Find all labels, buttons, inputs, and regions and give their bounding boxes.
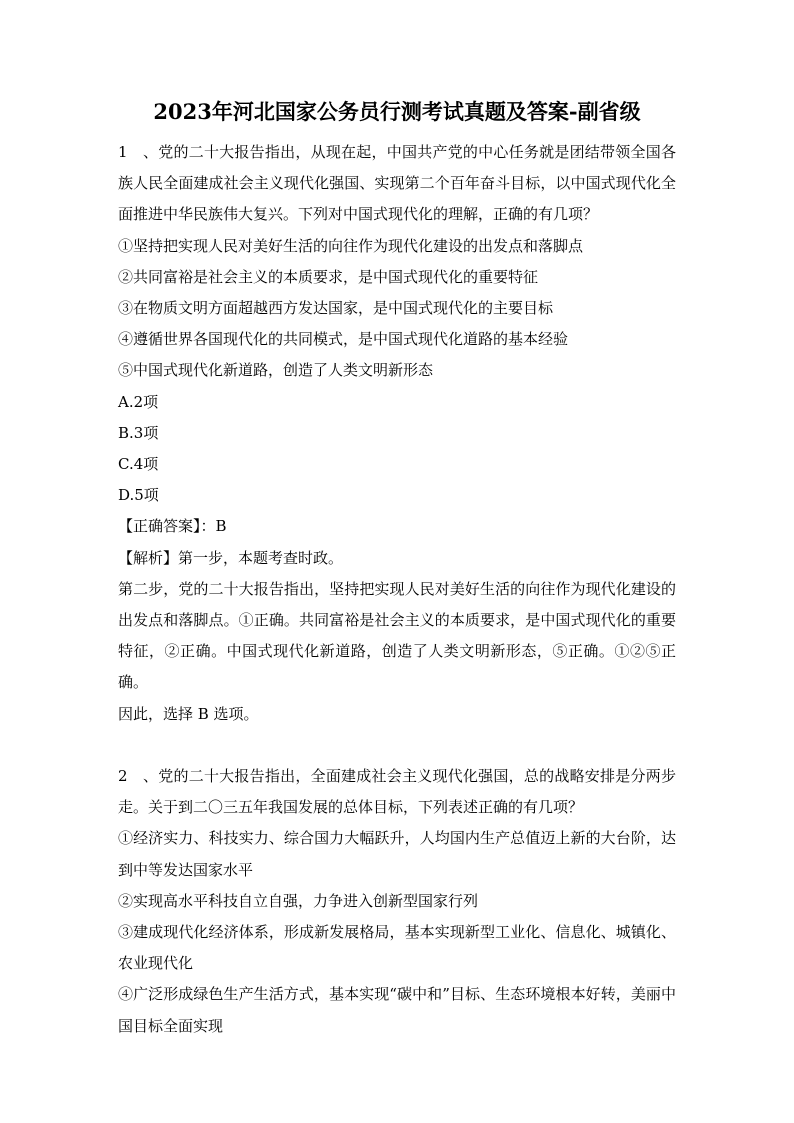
question-block-2: 2 、党的二十大报告指出，全面建成社会主义现代化强国，总的战略安排是分两步走。关… <box>118 761 676 1042</box>
question-1-conclusion: 因此，选择 B 选项。 <box>118 699 676 730</box>
question-1-choice-b: B.3项 <box>118 418 676 449</box>
question-1-analysis-body: 第二步，党的二十大报告指出，坚持把实现人民对美好生活的向往作为现代化建设的出发点… <box>118 574 676 699</box>
question-2-stem: 2 、党的二十大报告指出，全面建成社会主义现代化强国，总的战略安排是分两步走。关… <box>118 761 676 823</box>
question-2-statement-3: ③建成现代化经济体系，形成新发展格局，基本实现新型工业化、信息化、城镇化、农业现… <box>118 917 676 979</box>
document-page: 2023年河北国家公务员行测考试真题及答案-副省级 1 、党的二十大报告指出，从… <box>0 0 794 1123</box>
question-1-statement-3: ③在物质文明方面超越西方发达国家，是中国式现代化的主要目标 <box>118 293 676 324</box>
question-1-choice-d: D.5项 <box>118 480 676 511</box>
question-2-statement-2: ②实现高水平科技自立自强，力争进入创新型国家行列 <box>118 886 676 917</box>
question-block-1: 1 、党的二十大报告指出，从现在起，中国共产党的中心任务就是团结带领全国各族人民… <box>118 137 676 730</box>
page-title: 2023年河北国家公务员行测考试真题及答案-副省级 <box>118 96 676 128</box>
question-1-statement-1: ①坚持把实现人民对美好生活的向往作为现代化建设的出发点和落脚点 <box>118 231 676 262</box>
document-body: 1 、党的二十大报告指出，从现在起，中国共产党的中心任务就是团结带领全国各族人民… <box>118 137 676 1042</box>
question-2-statement-1: ①经济实力、科技实力、综合国力大幅跃升，人均国内生产总值迈上新的大台阶，达到中等… <box>118 823 676 885</box>
question-1-choice-a: A.2项 <box>118 387 676 418</box>
question-2-statement-4: ④广泛形成绿色生产生活方式，基本实现“碳中和”目标、生态环境根本好转，美丽中国目… <box>118 979 676 1041</box>
question-1-choice-c: C.4项 <box>118 449 676 480</box>
question-1-analysis-intro: 【解析】第一步，本题考查时政。 <box>118 543 676 574</box>
question-1-answer: 【正确答案】：B <box>118 511 676 542</box>
question-1-stem: 1 、党的二十大报告指出，从现在起，中国共产党的中心任务就是团结带领全国各族人民… <box>118 137 676 231</box>
question-1-statement-2: ②共同富裕是社会主义的本质要求，是中国式现代化的重要特征 <box>118 262 676 293</box>
question-1-statement-5: ⑤中国式现代化新道路，创造了人类文明新形态 <box>118 355 676 386</box>
question-1-statement-4: ④遵循世界各国现代化的共同模式，是中国式现代化道路的基本经验 <box>118 324 676 355</box>
